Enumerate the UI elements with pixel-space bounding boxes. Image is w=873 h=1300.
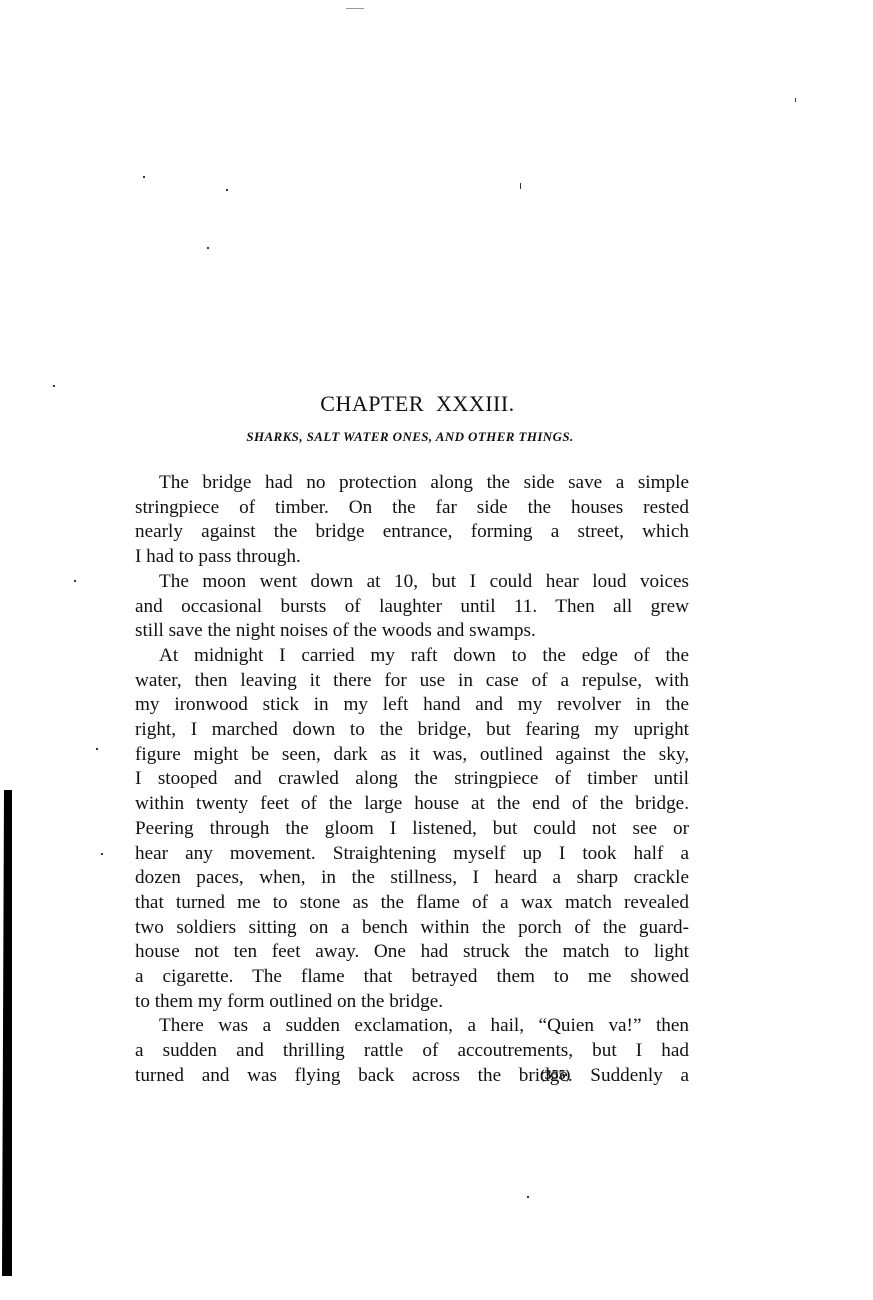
- scan-speck: [226, 189, 228, 191]
- book-page: CHAPTER XXXIII. SHARKS, SALT WATER ONES,…: [0, 0, 873, 1300]
- text-line: I had to pass through.: [135, 545, 689, 570]
- scan-edge-shadow: [2, 790, 12, 1276]
- text-line: The moon went down at 10, but I could he…: [135, 570, 689, 595]
- text-line: two soldiers sitting on a bench within t…: [135, 916, 689, 941]
- text-line: At midnight I carried my raft down to th…: [135, 644, 689, 669]
- text-line: turned and was flying back across the br…: [135, 1064, 689, 1089]
- scan-speck: [143, 176, 145, 178]
- scan-speck: [527, 1196, 529, 1198]
- text-line: still save the night noises of the woods…: [135, 619, 689, 644]
- chapter-subtitle: SHARKS, SALT WATER ONES, AND OTHER THING…: [0, 429, 820, 445]
- scan-speck: [101, 853, 103, 855]
- text-line: to them my form outlined on the bridge.: [135, 990, 689, 1015]
- paragraph: The moon went down at 10, but I could he…: [135, 570, 689, 644]
- text-line: Peering through the gloom I listened, bu…: [135, 817, 689, 842]
- scan-speck: [74, 580, 76, 582]
- paragraph: The bridge had no protection along the s…: [135, 471, 689, 570]
- body-text: The bridge had no protection along the s…: [135, 471, 689, 1089]
- text-line: There was a sudden exclamation, a hail, …: [135, 1014, 689, 1039]
- text-line: and occasional bursts of laughter until …: [135, 595, 689, 620]
- scan-speck: [520, 183, 521, 189]
- text-line: dozen paces, when, in the stillness, I h…: [135, 866, 689, 891]
- page-number: (355): [540, 1068, 570, 1084]
- scan-speck: [207, 247, 209, 249]
- text-line: The bridge had no protection along the s…: [135, 471, 689, 496]
- text-line: my ironwood stick in my left hand and my…: [135, 693, 689, 718]
- text-line: a sudden and thrilling rattle of accoutr…: [135, 1039, 689, 1064]
- text-line: I stooped and crawled along the stringpi…: [135, 767, 689, 792]
- text-line: nearly against the bridge entrance, form…: [135, 520, 689, 545]
- text-line: figure might be seen, dark as it was, ou…: [135, 743, 689, 768]
- scan-speck: [53, 385, 55, 387]
- text-line: right, I marched down to the bridge, but…: [135, 718, 689, 743]
- scan-speck: [96, 748, 98, 750]
- text-line: that turned me to stone as the flame of …: [135, 891, 689, 916]
- text-line: house not ten feet away. One had struck …: [135, 940, 689, 965]
- text-line: hear any movement. Straightening myself …: [135, 842, 689, 867]
- scan-speck: [795, 98, 796, 102]
- text-line: within twenty feet of the large house at…: [135, 792, 689, 817]
- text-line: stringpiece of timber. On the far side t…: [135, 496, 689, 521]
- chapter-title: CHAPTER XXXIII.: [0, 391, 835, 417]
- paragraph: There was a sudden exclamation, a hail, …: [135, 1014, 689, 1088]
- paragraph: At midnight I carried my raft down to th…: [135, 644, 689, 1015]
- text-line: water, then leaving it there for use in …: [135, 669, 689, 694]
- scan-speck: [346, 8, 364, 9]
- text-line: a cigarette. The flame that betrayed the…: [135, 965, 689, 990]
